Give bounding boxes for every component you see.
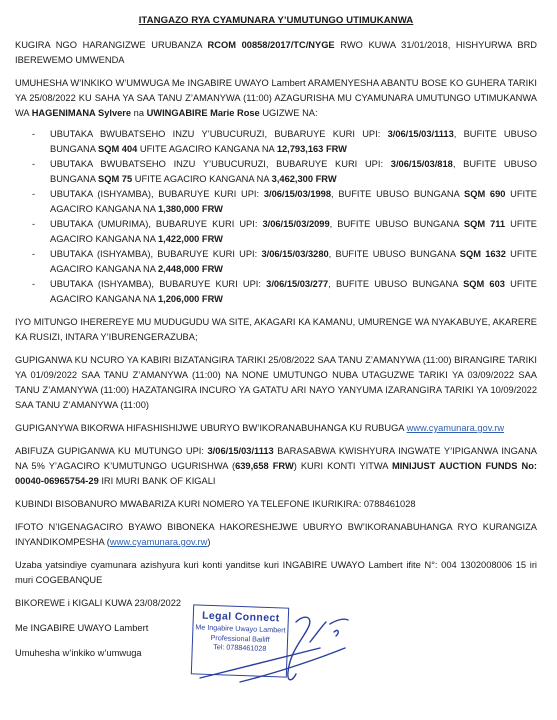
asset-value: 1,422,000 FRW (158, 234, 223, 244)
announcement-text-3: UGIZWE NA: (260, 108, 318, 118)
intro-paragraph: KUGIRA NGO HARANGIZWE URUBANZA RCOM 0085… (15, 38, 537, 68)
asset-area: SQM 1632 (460, 249, 506, 259)
deposit-text-1: ABIFUZA GUPIGANWA KU MUTUNGO UPI: (15, 446, 208, 456)
asset-area-label: , BUFITE UBUSO BUNGANA (330, 219, 464, 229)
asset-description: UBUTAKA BWUBATSEHO INZU Y’UBUCURUZI, BUB… (50, 129, 388, 139)
asset-list-item: -UBUTAKA BWUBATSEHO INZU Y’UBUCURUZI, BU… (15, 157, 537, 187)
deposit-text-3: ) KURI KONTI YITWA (294, 461, 392, 471)
owner1-surname: HAGENIMANA (32, 108, 96, 118)
asset-description: UBUTAKA BWUBATSEHO INZU Y’UBUCURUZI, BUB… (50, 159, 391, 169)
asset-description: UBUTAKA (ISHYAMBA), BUBARUYE KURI UPI: (50, 249, 261, 259)
case-number: RCOM 00858/2017/TC/NYGE (208, 40, 335, 50)
asset-description: UBUTAKA (ISHYAMBA), BUBARUYE KURI UPI: (50, 189, 264, 199)
online-bidding-paragraph: GUPIGANYWA BIKORWA HIFASHISHIJWE UBURYO … (15, 421, 537, 436)
asset-list-item: -UBUTAKA (ISHYAMBA), BUBARUYE KURI UPI: … (15, 247, 537, 277)
bullet-dash: - (32, 127, 35, 142)
asset-area-label: , BUFITE UBUSO BUNGANA (331, 189, 464, 199)
location-paragraph: IYO MITUNGO IHEREREYE MU MUDUGUDU WA SIT… (15, 315, 537, 345)
asset-upi: 3/06/15/03/1998 (264, 189, 331, 199)
contact-paragraph: KUBINDI BISOBANURO MWABARIZA KURI NOMERO… (15, 497, 537, 512)
asset-area: SQM 603 (463, 279, 505, 289)
bullet-dash: - (32, 187, 35, 202)
asset-value: 1,380,000 FRW (158, 204, 223, 214)
asset-description: UBUTAKA (ISHYAMBA), BUBARUYE KURI UPI: (50, 279, 266, 289)
asset-area: SQM 690 (464, 189, 505, 199)
photos-website-link[interactable]: www.cyamunara.gov.rw (110, 537, 207, 547)
stamp-and-signature: Legal Connect Me Ingabire Uwayo Lambert … (180, 602, 360, 692)
payment-paragraph: Uzaba yatsindiye cyamunara azishyura kur… (15, 558, 537, 588)
bullet-dash: - (32, 217, 35, 232)
bullet-dash: - (32, 157, 35, 172)
owner2-given: Marie Rose (208, 108, 260, 118)
intro-text-1: KUGIRA NGO HARANGIZWE URUBANZA (15, 40, 208, 50)
auction-notice-document: ITANGAZO RYA CYAMUNARA Y’UMUTUNGO UTIMUK… (15, 0, 537, 671)
asset-description: UBUTAKA (UMURIMA), BUBARUYE KURI UPI: (50, 219, 262, 229)
asset-upi: 3/06/15/03/1113 (388, 129, 454, 139)
asset-value: 2,448,000 FRW (158, 264, 223, 274)
asset-list-item: -UBUTAKA (ISHYAMBA), BUBARUYE KURI UPI: … (15, 187, 537, 217)
asset-area: SQM 404 (98, 144, 137, 154)
auction-website-link[interactable]: www.cyamunara.gov.rw (407, 423, 504, 433)
asset-value: 12,793,163 FRW (277, 144, 347, 154)
announcement-text-2: na (131, 108, 147, 118)
asset-area: SQM 75 (98, 174, 132, 184)
asset-list-item: -UBUTAKA (ISHYAMBA), BUBARUYE KURI UPI: … (15, 277, 537, 307)
asset-upi: 3/06/15/03/3280 (261, 249, 328, 259)
asset-list-item: -UBUTAKA (UMURIMA), BUBARUYE KURI UPI: 3… (15, 217, 537, 247)
asset-upi: 3/06/15/03/277 (266, 279, 328, 289)
asset-area: SQM 711 (464, 219, 505, 229)
official-stamp: Legal Connect Me Ingabire Uwayo Lambert … (191, 604, 289, 677)
asset-value: 1,206,000 FRW (158, 294, 223, 304)
asset-value-label: UFITE AGACIRO KANGANA NA (132, 174, 272, 184)
asset-value: 3,462,300 FRW (272, 174, 337, 184)
announcement-paragraph: UMUHESHA W’INKIKO W’UMWUGA Me INGABIRE U… (15, 76, 537, 121)
deposit-upi: 3/06/15/03/1113 (208, 446, 274, 456)
deposit-amount: 639,658 FRW (235, 461, 294, 471)
asset-area-label: , BUFITE UBUSO BUNGANA (328, 279, 463, 289)
photos-paragraph: IFOTO N’IGENAGACIRO BYAWO BIBONEKA HAKOR… (15, 520, 537, 550)
deposit-paragraph: ABIFUZA GUPIGANWA KU MUTUNGO UPI: 3/06/1… (15, 444, 537, 489)
owner2-surname: UWINGABIRE (147, 108, 208, 118)
asset-list: -UBUTAKA BWUBATSEHO INZU Y’UBUCURUZI, BU… (15, 127, 537, 307)
asset-upi: 3/06/15/03/818 (391, 159, 453, 169)
photos-text: IFOTO N’IGENAGACIRO BYAWO BIBONEKA HAKOR… (15, 522, 537, 547)
asset-value-label: UFITE AGACIRO KANGANA NA (137, 144, 277, 154)
online-text: GUPIGANYWA BIKORWA HIFASHISHIJWE UBURYO … (15, 423, 407, 433)
bullet-dash: - (32, 247, 35, 262)
owner1-given: Sylvere (95, 108, 131, 118)
deposit-text-4: IRI MURI BANK OF KIGALI (99, 476, 216, 486)
schedule-paragraph: GUPIGANWA KU NCURO YA KABIRI BIZATANGIRA… (15, 353, 537, 413)
asset-area-label: , BUFITE UBUSO BUNGANA (329, 249, 460, 259)
stamp-line-phone: Tel: 0788461028 (193, 641, 287, 654)
bullet-dash: - (32, 277, 35, 292)
asset-list-item: -UBUTAKA BWUBATSEHO INZU Y’UBUCURUZI, BU… (15, 127, 537, 157)
asset-upi: 3/06/15/03/2099 (262, 219, 329, 229)
document-title: ITANGAZO RYA CYAMUNARA Y’UMUTUNGO UTIMUK… (15, 13, 537, 28)
photos-close: ) (207, 537, 210, 547)
